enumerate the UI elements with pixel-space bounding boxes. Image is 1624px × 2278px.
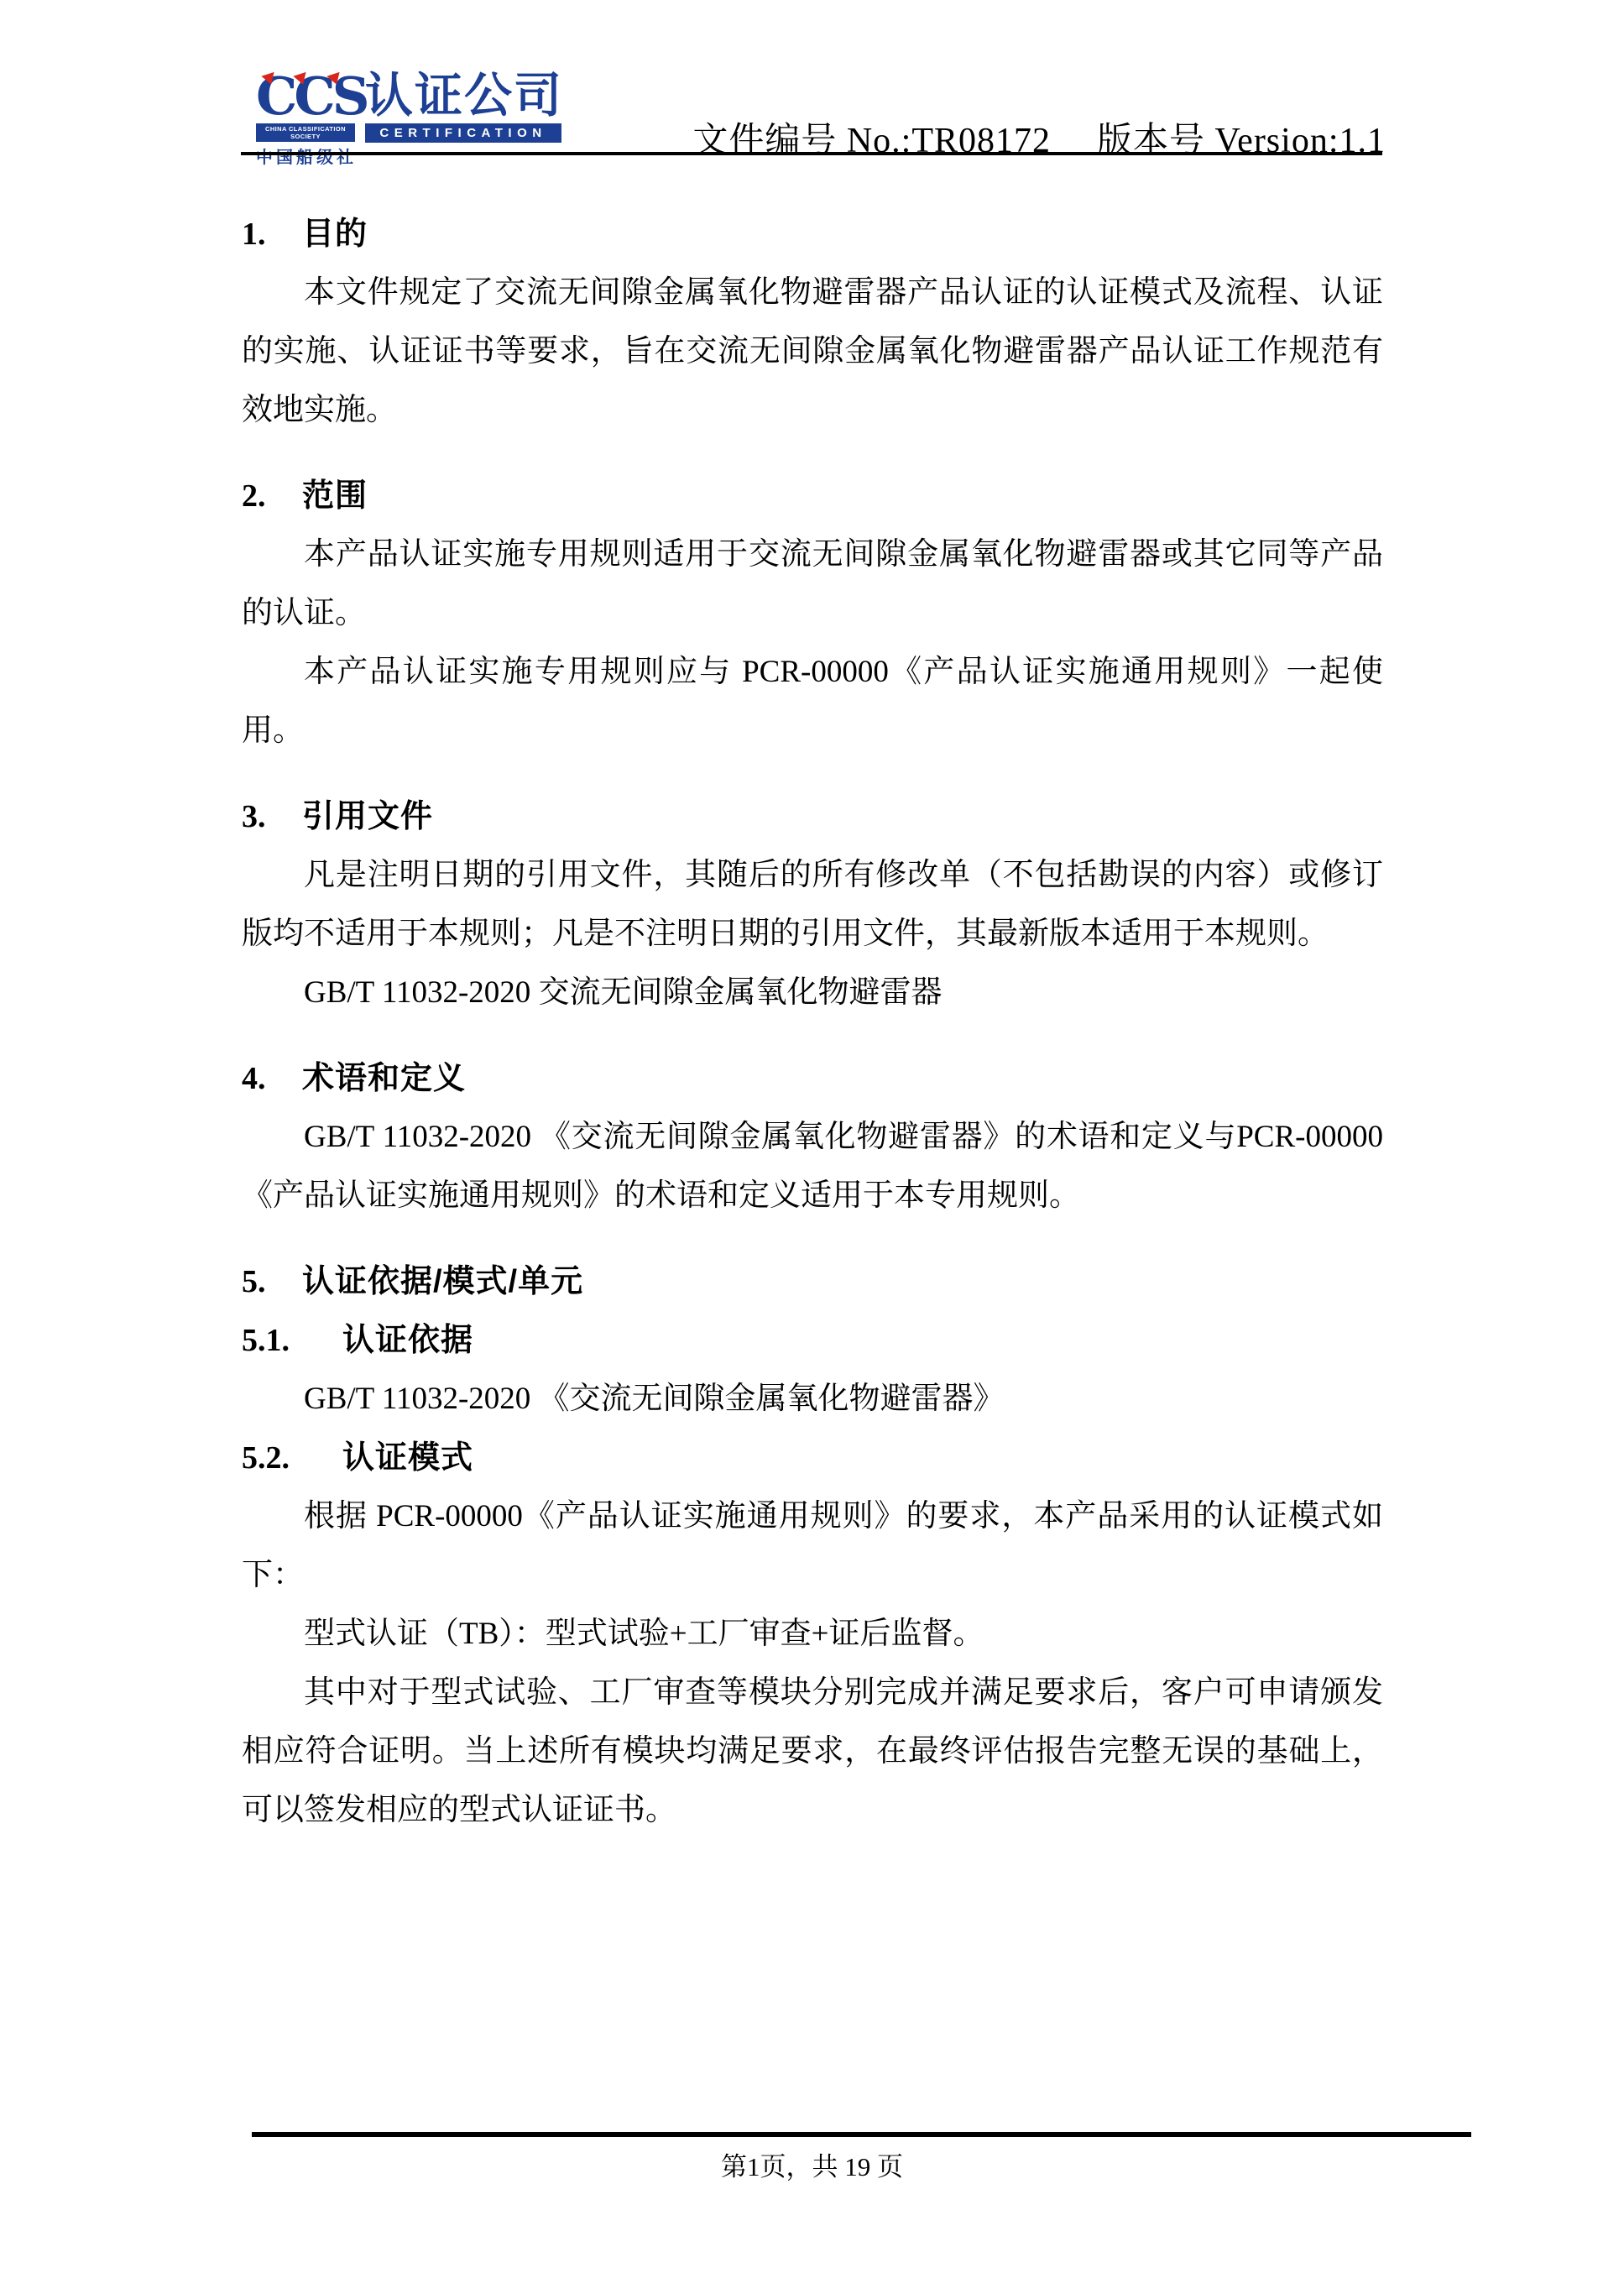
section-heading: 3.引用文件 xyxy=(242,787,1383,846)
section-title: 术语和定义 xyxy=(302,1061,466,1096)
document-body: 1.目的 本文件规定了交流无间隙金属氧化物避雷器产品认证的认证模式及流程、认证的… xyxy=(242,205,1383,1840)
section-title: 目的 xyxy=(302,217,368,252)
section-title: 引用文件 xyxy=(302,799,433,834)
document-meta: 文件编号 No.:TR08172版本号 Version:1.1 xyxy=(692,112,1386,163)
section-number: 5.1. xyxy=(242,1311,342,1370)
section-title: 认证模式 xyxy=(342,1440,473,1476)
paragraph: 本产品认证实施专用规则应与 PCR-00000《产品认证实施通用规则》一起使用。 xyxy=(242,643,1383,760)
paragraph: GB/T 11032-2020 《交流无间隙金属氧化物避雷器》的术语和定义与PC… xyxy=(242,1108,1383,1225)
section-1-purpose: 1.目的 本文件规定了交流无间隙金属氧化物避雷器产品认证的认证模式及流程、认证的… xyxy=(242,205,1383,440)
brand-name-en: CERTIFICATION xyxy=(365,123,561,143)
header-divider xyxy=(241,152,1382,155)
section-heading: 4.术语和定义 xyxy=(242,1049,1383,1108)
section-number: 5. xyxy=(242,1252,302,1311)
section-5-certification: 5.认证依据/模式/单元 xyxy=(242,1252,1383,1311)
society-name-cn: 中国船级社 xyxy=(256,144,355,168)
section-5-1-basis: 5.1.认证依据 GB/T 11032-2020 《交流无间隙金属氧化物避雷器》 xyxy=(242,1311,1383,1429)
section-title: 范围 xyxy=(302,478,368,514)
paragraph: 本文件规定了交流无间隙金属氧化物避雷器产品认证的认证模式及流程、认证的实施、认证… xyxy=(242,264,1383,440)
paragraph: 本产品认证实施专用规则适用于交流无间隙金属氧化物避雷器或其它同等产品的认证。 xyxy=(242,525,1383,643)
brand-name-cn: 认证公司 xyxy=(365,72,563,120)
section-number: 4. xyxy=(242,1049,302,1108)
section-heading: 5.认证依据/模式/单元 xyxy=(242,1252,1383,1311)
section-heading: 5.2.认证模式 xyxy=(242,1429,1383,1487)
footer-divider xyxy=(252,2132,1471,2137)
section-number: 5.2. xyxy=(242,1429,342,1487)
section-title: 认证依据/模式/单元 xyxy=(302,1264,583,1299)
section-2-scope: 2.范围 本产品认证实施专用规则适用于交流无间隙金属氧化物避雷器或其它同等产品的… xyxy=(242,467,1383,760)
ccs-logo-right: 认证公司 CERTIFICATION xyxy=(365,72,563,143)
ccs-logo-letters: CCS xyxy=(256,72,355,121)
section-heading: 1.目的 xyxy=(242,205,1383,264)
section-number: 3. xyxy=(242,787,302,846)
section-number: 1. xyxy=(242,205,302,264)
section-title: 认证依据 xyxy=(342,1323,473,1358)
paragraph: 其中对于型式试验、工厂审查等模块分别完成并满足要求后，客户可申请颁发相应符合证明… xyxy=(242,1664,1383,1840)
section-5-2-mode: 5.2.认证模式 根据 PCR-00000《产品认证实施通用规则》的要求，本产品… xyxy=(242,1429,1383,1840)
standard-reference: GB/T 11032-2020 《交流无间隙金属氧化物避雷器》 xyxy=(242,1370,1383,1429)
standard-reference: GB/T 11032-2020 交流无间隙金属氧化物避雷器 xyxy=(242,964,1383,1022)
section-4-terms: 4.术语和定义 GB/T 11032-2020 《交流无间隙金属氧化物避雷器》的… xyxy=(242,1049,1383,1225)
section-3-references: 3.引用文件 凡是注明日期的引用文件，其随后的所有修改单（不包括勘误的内容）或修… xyxy=(242,787,1383,1022)
page-number: 第1页，共 19 页 xyxy=(0,2145,1624,2183)
paragraph: 型式认证（TB）：型式试验+工厂审查+证后监督。 xyxy=(242,1605,1383,1664)
section-heading: 5.1.认证依据 xyxy=(242,1311,1383,1370)
paragraph: 凡是注明日期的引用文件，其随后的所有修改单（不包括勘误的内容）或修订版均不适用于… xyxy=(242,846,1383,964)
paragraph: 根据 PCR-00000《产品认证实施通用规则》的要求，本产品采用的认证模式如下… xyxy=(242,1487,1383,1605)
section-heading: 2.范围 xyxy=(242,467,1383,525)
section-number: 2. xyxy=(242,467,302,525)
